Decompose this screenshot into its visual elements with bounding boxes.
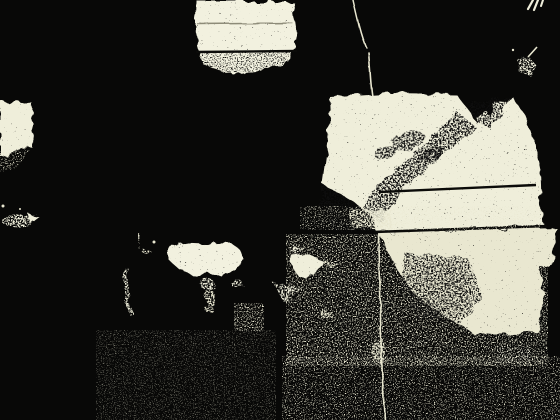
speckle-field-bottom-left bbox=[96, 330, 276, 420]
speck bbox=[153, 241, 156, 244]
speck bbox=[19, 208, 21, 210]
window-dark-rule bbox=[196, 51, 297, 52]
speck bbox=[2, 205, 5, 208]
window-faint-rule bbox=[197, 23, 293, 24]
patch-speckle-tail bbox=[234, 303, 264, 331]
thresholded-photo bbox=[0, 0, 560, 420]
speckle-field-low bbox=[282, 356, 560, 420]
small-vertical-dash bbox=[138, 233, 139, 248]
scratch-line-bright-fuzz bbox=[372, 339, 386, 365]
patch-side-blob bbox=[230, 279, 242, 287]
speck bbox=[512, 49, 514, 51]
chevron-blob bbox=[321, 312, 333, 319]
speckle-field-top bbox=[300, 206, 540, 230]
patch-tail-blob bbox=[204, 304, 212, 312]
window-highlight bbox=[196, 1, 297, 73]
speckle-cluster-bottom-right bbox=[497, 345, 531, 363]
photo-canvas bbox=[0, 0, 560, 420]
patch-tail-blob bbox=[200, 278, 214, 290]
patch-tail-blob bbox=[205, 290, 215, 304]
